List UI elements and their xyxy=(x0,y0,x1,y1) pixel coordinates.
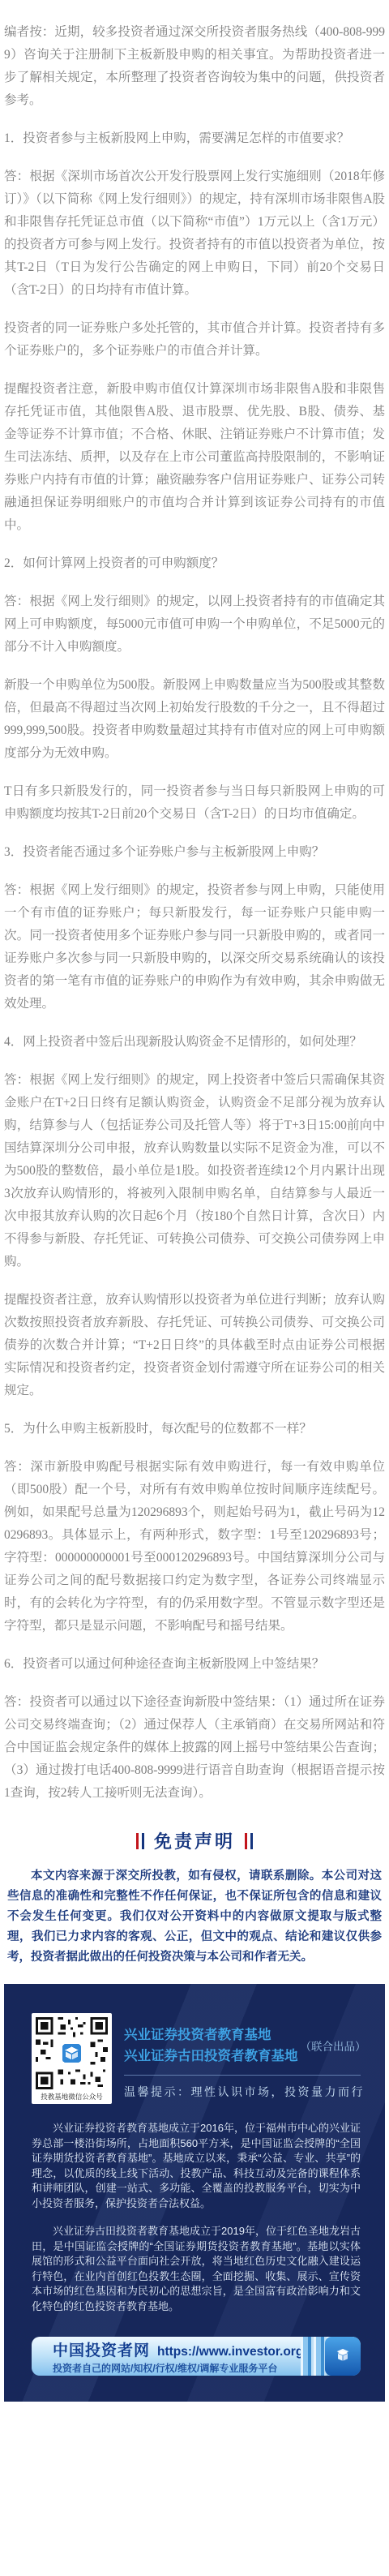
answer-2-paragraph-1: 答：根据《网上发行细则》的规定，以网上投资者持有的市值确定其网上可申购额度，每5… xyxy=(4,590,385,659)
question-2-title: 2．如何计算网上投资者的可申购额度？ xyxy=(4,552,385,575)
investor-site-name: 中国投资者网 xyxy=(53,2338,150,2360)
answer-6-paragraph-1: 答：投资者可以通过以下途径查询新股中签结果：（1）通过所在证券公司交易终端查询；… xyxy=(4,1691,385,1805)
investor-site-url[interactable]: https://www.investor.org.cn xyxy=(157,2345,322,2359)
answer-4-paragraph-2: 提醒投资者注意，放弃认购情形以投资者为单位进行判断；放弃认购次数按照投资者放弃新… xyxy=(4,1289,385,1402)
answer-5-paragraph-1: 答：深市新股申购配号根据实际有效申购进行，每一有效申购单位（即500股）配一个号… xyxy=(4,1456,385,1638)
answer-2-paragraph-3: T日有多只新股发行的，同一投资者参与当日每只新股网上申购的可申购额度均按其T-2… xyxy=(4,780,385,826)
answer-1-paragraph-1: 答：根据《深圳市场首次公开发行股票网上发行实施细则（2018年修订）》（以下简称… xyxy=(4,165,385,302)
page-stack-decoration xyxy=(301,2337,327,2376)
question-1-title: 1．投资者参与主板新股网上申购，需要满足怎样的市值要求？ xyxy=(4,127,385,150)
investor-site-text: 中国投资者网 https://www.investor.org.cn 投资者自己… xyxy=(32,2338,322,2375)
disclaimer-title: 免责声明 xyxy=(154,1828,235,1853)
question-6-title: 6．投资者可以通过何种途径查询主板新股网上中签结果？ xyxy=(4,1653,385,1676)
answer-4-paragraph-1: 答：根据《网上发行细则》的规定，网上投资者中签后只需确保其资金账户在T+2日日终… xyxy=(4,1069,385,1273)
open-box-icon xyxy=(334,2347,352,2365)
investor-app-icon xyxy=(325,2337,361,2376)
qr-card: 投教基地微信公众号 xyxy=(32,2013,112,2104)
footer-panel: 投教基地微信公众号 兴业证券投资者教育基地 兴业证券古田投资者教育基地 （联合出… xyxy=(4,1984,385,2402)
edu-base-title-1: 兴业证券投资者教育基地 xyxy=(124,2024,298,2046)
disclaimer-right-bars-icon xyxy=(243,1833,254,1849)
joint-production-label: （联合出品） xyxy=(301,2037,366,2054)
investor-site-banner[interactable]: 中国投资者网 https://www.investor.org.cn 投资者自己… xyxy=(32,2337,361,2376)
question-5-title: 5．为什么申购主板新股时，每次配号的位数都不一样？ xyxy=(4,1418,385,1440)
qr-caption: 投教基地微信公众号 xyxy=(36,2092,108,2102)
footer-tip: 温馨提示：理性认识市场，投资量力而行 xyxy=(124,2084,361,2100)
footer-divider xyxy=(124,2075,361,2076)
footer-header: 投教基地微信公众号 兴业证券投资者教育基地 兴业证券古田投资者教育基地 （联合出… xyxy=(32,2013,361,2104)
article-body: 编者按：近期，较多投资者通过深交所投资者服务热线（400-808-9999）咨询… xyxy=(0,0,389,1805)
footer-titles-block: 兴业证券投资者教育基地 兴业证券古田投资者教育基地 （联合出品） 温馨提示：理性… xyxy=(124,2013,361,2100)
answer-1-paragraph-2: 投资者的同一证券账户多处托管的，其市值合并计算。投资者持有多个证券账户的，多个证… xyxy=(4,317,385,363)
disclaimer-section: 免责声明 本文内容来源于深交所投教，如有侵权，请联系删除。本公司对这些信息的准确… xyxy=(0,1820,389,1968)
disclaimer-text: 本文内容来源于深交所投教，如有侵权，请联系删除。本公司对这些信息的准确性和完整性… xyxy=(7,1866,382,1968)
intro-paragraph: 编者按：近期，较多投资者通过深交所投资者服务热线（400-808-9999）咨询… xyxy=(4,21,385,112)
qr-code-icon xyxy=(36,2017,108,2089)
article-page: 编者按：近期，较多投资者通过深交所投资者服务热线（400-808-9999）咨询… xyxy=(0,0,389,2576)
edu-base-title-2: 兴业证券古田投资者教育基地 xyxy=(124,2046,298,2067)
about-edu-base-2: 兴业证券古田投资者教育基地成立于2019年，位于红色圣地龙岩古田，是中国证监会授… xyxy=(32,2224,361,2314)
answer-1-paragraph-3: 提醒投资者注意，新股申购市值仅计算深圳市场非限售A股和非限售存托凭证市值，其他限… xyxy=(4,378,385,537)
question-3-title: 3．投资者能否通过多个证券账户参与主板新股网上申购？ xyxy=(4,841,385,864)
question-4-title: 4．网上投资者中签后出现新股认购资金不足情形的，如何处理？ xyxy=(4,1031,385,1054)
investor-site-slogan: 投资者自己的网站/知权/行权/维权/调解专业服务平台 xyxy=(53,2361,322,2375)
disclaimer-title-row: 免责声明 xyxy=(7,1828,382,1853)
answer-2-paragraph-2: 新股一个申购单位为500股。新股网上申购数量应当为500股或其整数倍，但最高不得… xyxy=(4,674,385,765)
answer-3-paragraph-1: 答：根据《网上发行细则》的规定，投资者参与网上申购，只能使用一个有市值的证券账户… xyxy=(4,879,385,1015)
qr-center-logo-icon xyxy=(61,2042,83,2065)
about-edu-base-1: 兴业证券投资者教育基地成立于2016年，位于福州市中心的兴业证券总部一楼沿街场所… xyxy=(32,2121,361,2211)
disclaimer-left-bars-icon xyxy=(135,1833,146,1849)
